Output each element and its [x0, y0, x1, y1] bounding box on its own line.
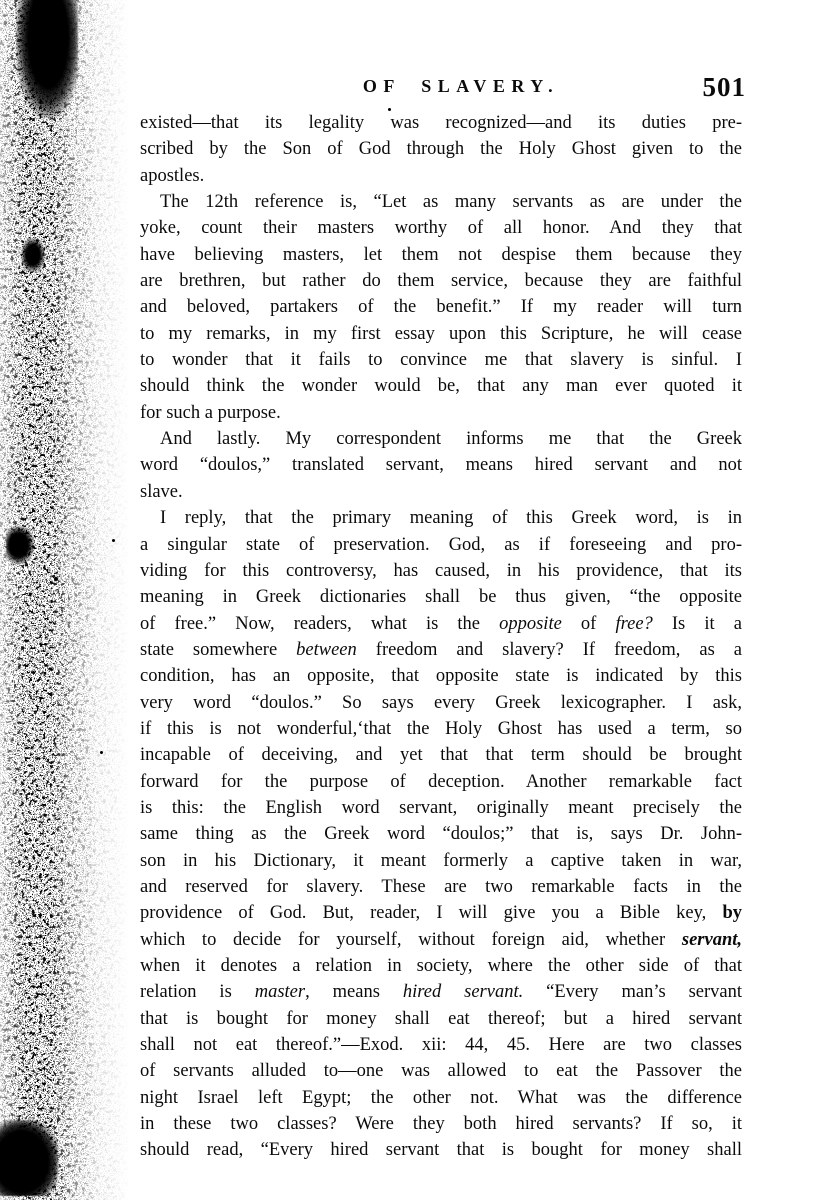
- text-line: viding for this controversy, has caused,…: [140, 558, 742, 584]
- text-line: that is bought for money shall eat there…: [140, 1006, 742, 1032]
- text-line: should think the wonder would be, that a…: [140, 373, 742, 399]
- text-line: to my remarks, in my first essay upon th…: [140, 321, 742, 347]
- text-line: to wonder that it fails to convince me t…: [140, 347, 742, 373]
- ink-speck: [112, 539, 115, 542]
- text-line: incapable of deceiving, and yet that tha…: [140, 742, 742, 768]
- running-header: OF SLAVERY.: [160, 77, 762, 95]
- text-line: providence of God. But, reader, I will g…: [140, 900, 742, 926]
- text-line: existed—that its legality was recognized…: [140, 110, 742, 136]
- text-line: have believing masters, let them not des…: [140, 242, 742, 268]
- paragraph: And lastly. My correspondent informs me …: [140, 426, 742, 505]
- text-line: word “doulos,” translated servant, means…: [140, 452, 742, 478]
- text-line: very word “doulos.” So says every Greek …: [140, 690, 742, 716]
- text-line: if this is not wonderful,‘that the Holy …: [140, 716, 742, 742]
- scan-artifact-blob: [21, 238, 45, 272]
- text-line: and reserved for slavery. These are two …: [140, 874, 742, 900]
- text-line: slave.: [140, 479, 742, 505]
- paragraph: The 12th reference is, “Let as many serv…: [140, 189, 742, 426]
- text-line: in these two classes? Were they both hir…: [140, 1111, 742, 1137]
- text-line: son in his Dictionary, it meant formerly…: [140, 848, 742, 874]
- text-line: are brethren, but rather do them service…: [140, 268, 742, 294]
- text-line: condition, has an opposite, that opposit…: [140, 663, 742, 689]
- text-line: a singular state of preservation. God, a…: [140, 532, 742, 558]
- text-line: scribed by the Son of God through the Ho…: [140, 136, 742, 162]
- paragraph: I reply, that the primary meaning of thi…: [140, 505, 742, 1164]
- paragraph: existed—that its legality was recognized…: [140, 110, 742, 189]
- text-line: for such a purpose.: [140, 400, 742, 426]
- text-line: and beloved, partakers of the benefit.” …: [140, 294, 742, 320]
- text-line: state somewhere between freedom and slav…: [140, 637, 742, 663]
- text-line: of free.” Now, readers, what is the oppo…: [140, 611, 742, 637]
- page-body: existed—that its legality was recognized…: [140, 110, 742, 1164]
- text-line: meaning in Greek dictionaries shall be t…: [140, 584, 742, 610]
- text-line: forward for the purpose of deception. An…: [140, 769, 742, 795]
- ink-speck: [54, 577, 58, 581]
- scan-artifact-blob: [6, 526, 34, 564]
- text-line: when it denotes a relation in society, w…: [140, 953, 742, 979]
- page-number: 501: [703, 74, 747, 101]
- book-page: OF SLAVERY. 501 existed—that its legalit…: [0, 0, 838, 1200]
- text-line: night Israel left Egypt; the other not. …: [140, 1085, 742, 1111]
- text-line: yoke, count their masters worthy of all …: [140, 215, 742, 241]
- text-line: which to decide for yourself, without fo…: [140, 927, 742, 953]
- text-line: is this: the English word servant, origi…: [140, 795, 742, 821]
- scan-noise-band: [0, 0, 130, 1200]
- scan-artifact-blob: [16, 0, 78, 118]
- text-line: should read, “Every hired servant that i…: [140, 1137, 742, 1163]
- text-line: same thing as the Greek word “doulos;” t…: [140, 821, 742, 847]
- text-line: The 12th reference is, “Let as many serv…: [140, 189, 742, 215]
- text-line: I reply, that the primary meaning of thi…: [140, 505, 742, 531]
- text-line: And lastly. My correspondent informs me …: [140, 426, 742, 452]
- text-line: shall not eat thereof.”—Exod. xii: 44, 4…: [140, 1032, 742, 1058]
- text-line: of servants alluded to—one was allowed t…: [140, 1058, 742, 1084]
- scan-artifact-blob: [0, 1120, 58, 1196]
- ink-speck: [100, 751, 103, 754]
- text-line: relation is master, means hired servant.…: [140, 979, 742, 1005]
- text-line: apostles.: [140, 163, 742, 189]
